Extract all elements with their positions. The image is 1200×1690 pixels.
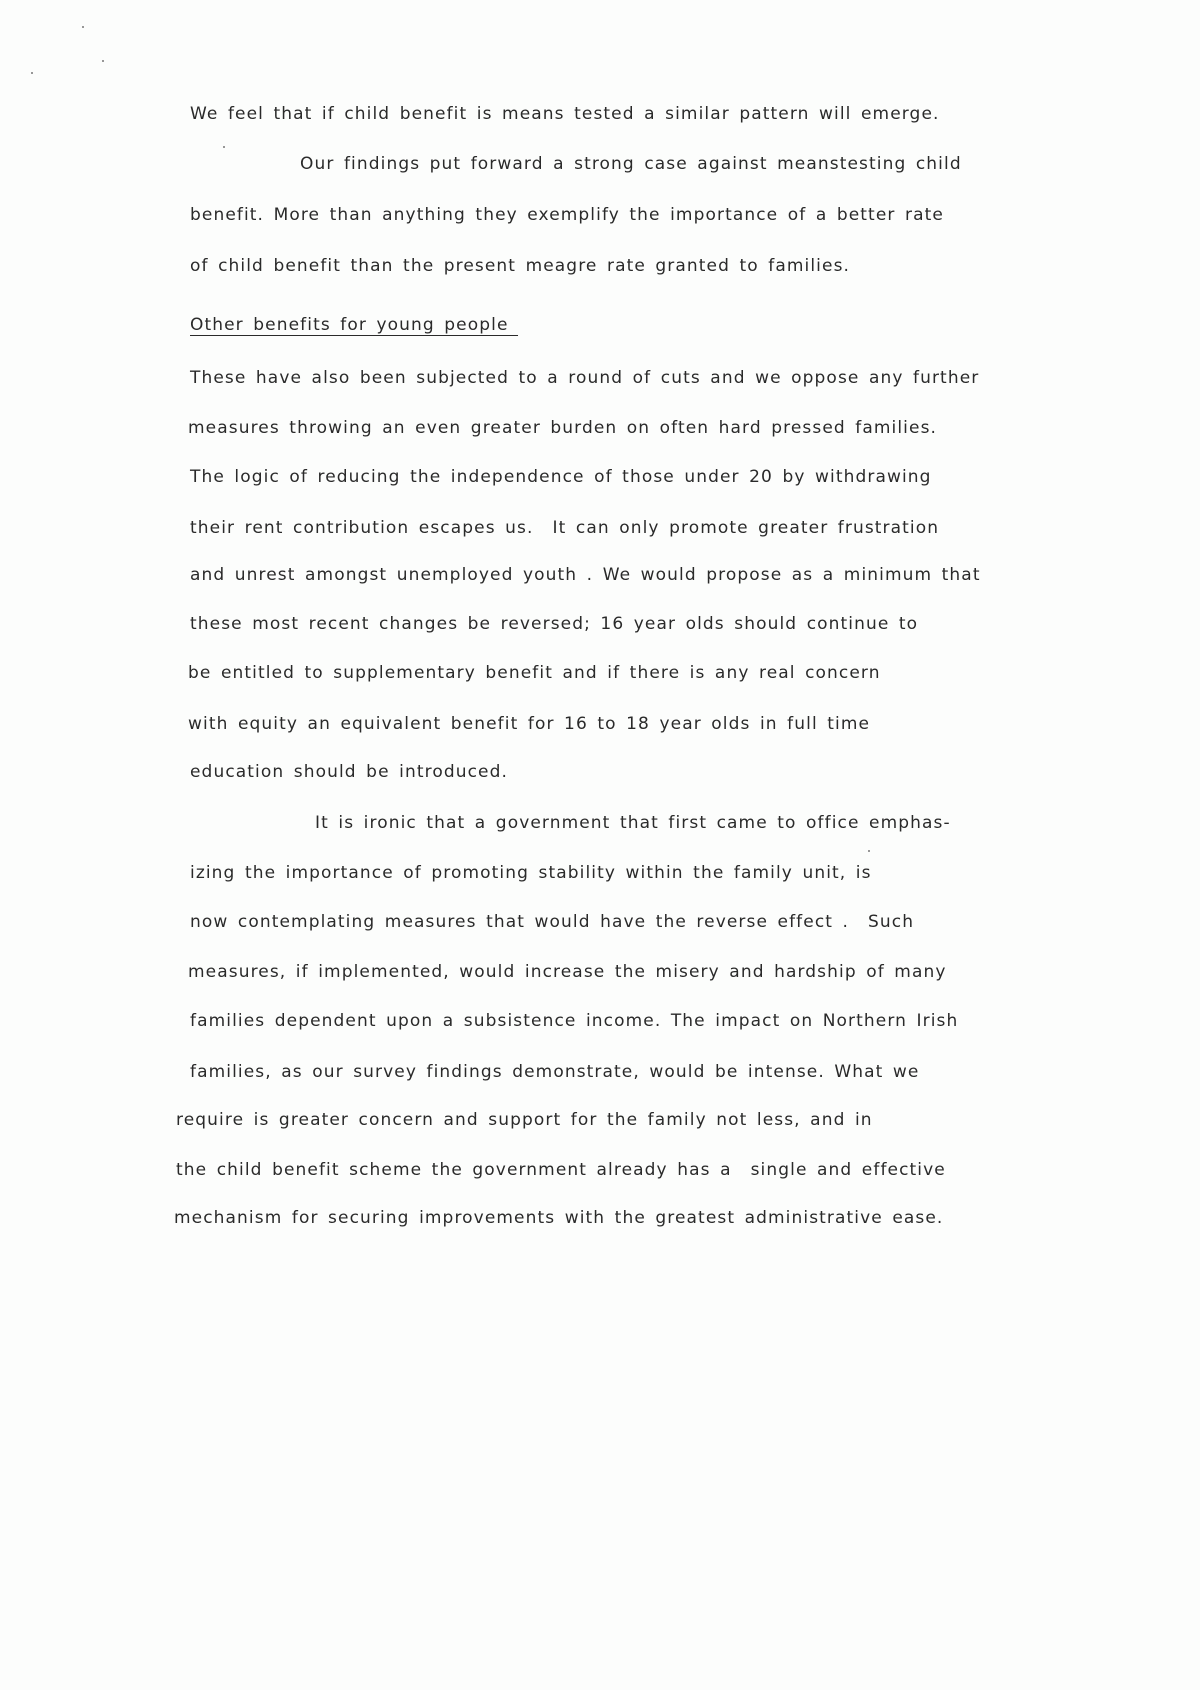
scan-speck [868, 850, 870, 852]
text-line: of child benefit than the present meagre… [190, 256, 850, 276]
section-heading: Other benefits for young people [190, 315, 518, 335]
text-line: their rent contribution escapes us. It c… [190, 518, 939, 538]
text-line: We feel that if child benefit is means t… [190, 104, 940, 124]
text-line: It is ironic that a government that firs… [315, 813, 951, 833]
text-line: the child benefit scheme the government … [176, 1160, 946, 1180]
text-line: The logic of reducing the independence o… [190, 467, 932, 487]
text-line: require is greater concern and support f… [176, 1110, 873, 1130]
text-line: families dependent upon a subsistence in… [190, 1011, 958, 1031]
scan-speck [31, 72, 33, 74]
text-line: families, as our survey findings demonst… [190, 1062, 919, 1082]
text-line: these most recent changes be reversed; 1… [190, 614, 918, 634]
text-line: izing the importance of promoting stabil… [190, 863, 872, 883]
text-line: These have also been subjected to a roun… [190, 368, 979, 388]
text-line: mechanism for securing improvements with… [174, 1208, 943, 1228]
text-line: now contemplating measures that would ha… [190, 912, 914, 932]
text-line: benefit. More than anything they exempli… [190, 205, 944, 225]
scan-speck [102, 60, 104, 62]
text-line: measures, if implemented, would increase… [188, 962, 947, 982]
text-line: be entitled to supplementary benefit and… [188, 663, 881, 683]
text-line: measures throwing an even greater burden… [188, 418, 937, 438]
scan-speck [82, 26, 84, 28]
text-line: Our findings put forward a strong case a… [300, 154, 962, 174]
text-line: with equity an equivalent benefit for 16… [188, 714, 870, 734]
text-line: and unrest amongst unemployed youth . We… [190, 565, 981, 585]
scan-speck [223, 146, 225, 148]
text-line: education should be introduced. [190, 762, 508, 782]
